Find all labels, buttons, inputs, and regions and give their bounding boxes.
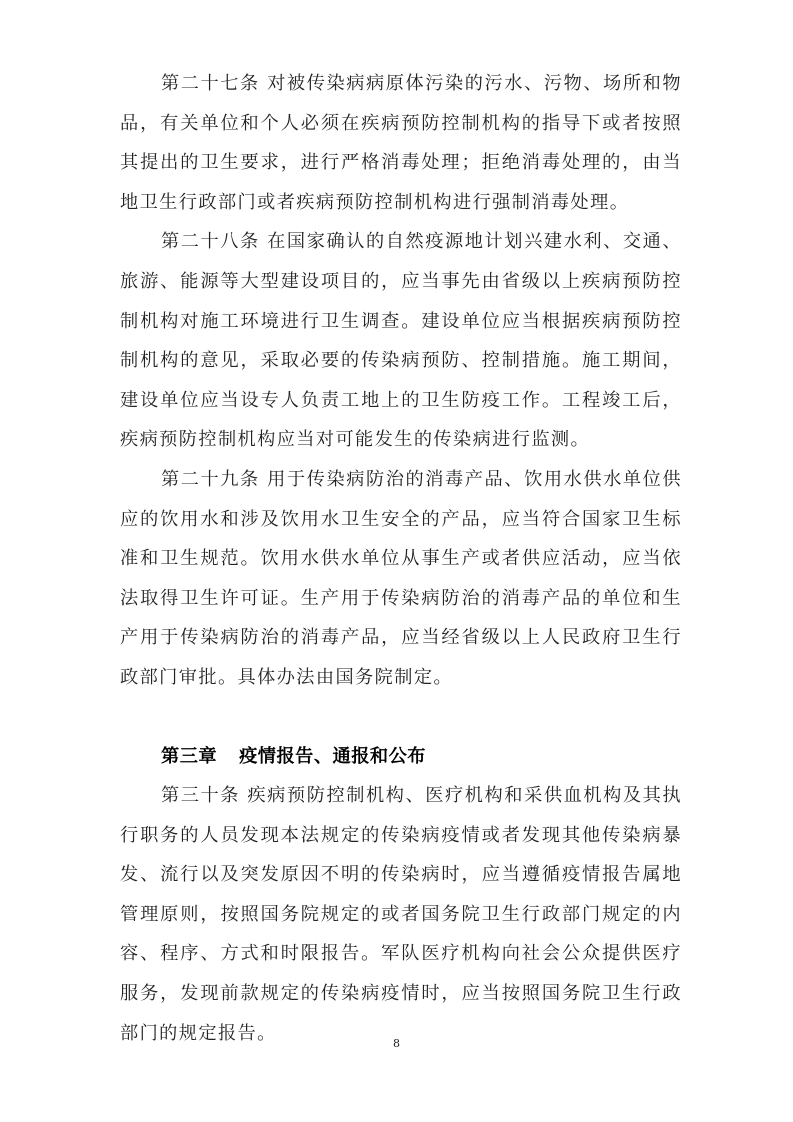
article-27-paragraph: 第二十七条 对被传染病病原体污染的污水、污物、场所和物品，有关单位和个人必须在疾… [120, 64, 682, 222]
page-content: 第二十七条 对被传染病病原体污染的污水、污物、场所和物品，有关单位和个人必须在疾… [120, 64, 682, 1053]
document-page: 第二十七条 对被传染病病原体污染的污水、污物、场所和物品，有关单位和个人必须在疾… [0, 0, 793, 1122]
article-30-paragraph: 第三十条 疾病预防控制机构、医疗机构和采供血机构及其执行职务的人员发现本法规定的… [120, 776, 682, 1053]
chapter-number: 第三章 [161, 746, 217, 767]
article-29-paragraph: 第二十九条 用于传染病防治的消毒产品、饮用水供水单位供应的饮用水和涉及饮用水卫生… [120, 460, 682, 698]
article-28-paragraph: 第二十八条 在国家确认的自然疫源地计划兴建水利、交通、旅游、能源等大型建设项目的… [120, 222, 682, 460]
page-number: 8 [0, 1037, 793, 1050]
chapter-heading: 第三章疫情报告、通报和公布 [120, 737, 682, 777]
chapter-title: 疫情报告、通报和公布 [239, 746, 426, 767]
